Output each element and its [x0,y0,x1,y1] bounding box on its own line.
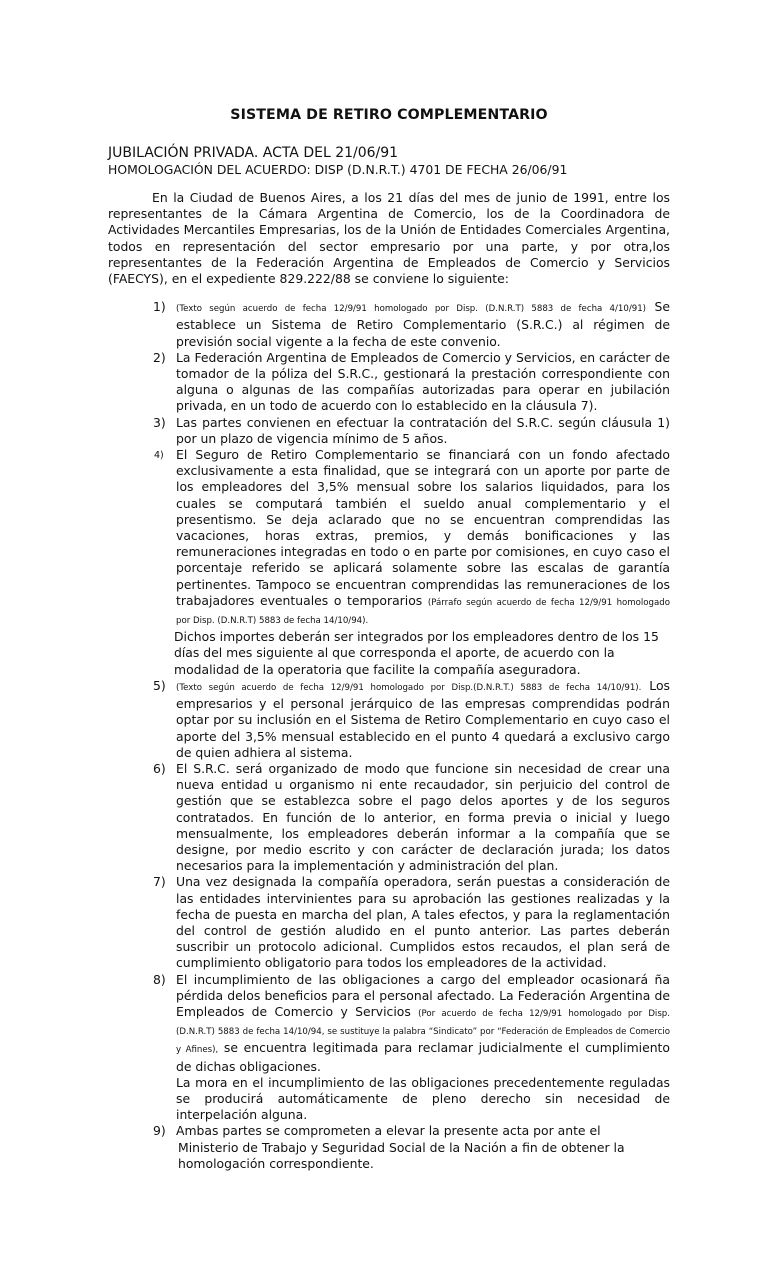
clause-3: 3) Las partes convienen en efectuar la c… [108,415,670,447]
clause-text-continued: se encuentra legitimada para reclamar ju… [176,1040,670,1073]
clause-number: 2) [153,350,166,366]
document-page: SISTEMA DE RETIRO COMPLEMENTARIO JUBILAC… [108,106,670,1172]
clause-text: Ambas partes se comprometen a elevar la … [176,1123,601,1138]
clause-text: El Seguro de Retiro Complementario se fi… [176,447,670,608]
clause-1: 1) (Texto según acuerdo de fecha 12/9/91… [108,299,670,350]
clause-number: 7) [153,874,166,890]
clause-text: El S.R.C. será organizado de modo que fu… [176,761,670,873]
clause-number: 3) [153,415,166,431]
intro-paragraph: En la Ciudad de Buenos Aires, a los 21 d… [108,190,670,287]
clause-9: 9) Ambas partes se comprometen a elevar … [108,1123,670,1172]
clause-number: 9) [153,1123,166,1139]
clause-number: 8) [153,972,166,988]
clause-number: 1) [153,299,166,315]
clause-extra-paragraph: Ministerio de Trabajo y Seguridad Social… [176,1140,670,1172]
clause-extra-paragraph: Dichos importes deberán ser integrados p… [174,629,670,678]
document-subtitle: JUBILACIÓN PRIVADA. ACTA DEL 21/06/91 [108,144,670,162]
clause-6: 6) El S.R.C. será organizado de modo que… [108,761,670,874]
clause-4: 4) El Seguro de Retiro Complementario se… [108,447,670,678]
clause-text: Una vez designada la compañía operadora,… [176,874,670,970]
clause-extra-paragraph: La mora en el incumplimiento de las obli… [176,1075,670,1124]
document-title: SISTEMA DE RETIRO COMPLEMENTARIO [108,106,670,124]
clause-number: 5) [153,678,166,694]
homologation-line: HOMOLOGACIÓN DEL ACUERDO: DISP (D.N.R.T.… [108,162,670,178]
clause-text: La Federación Argentina de Empleados de … [176,350,670,414]
clause-text: Las partes convienen en efectuar la cont… [176,415,670,446]
clauses-list: 1) (Texto según acuerdo de fecha 12/9/91… [108,299,670,1172]
clause-2: 2) La Federación Argentina de Empleados … [108,350,670,415]
clause-8: 8) El incumplimiento de las obligaciones… [108,972,670,1124]
clause-number: 6) [153,761,166,777]
clause-number: 4) [154,448,164,464]
amendment-note: (Texto según acuerdo de fecha 12/9/91 ho… [176,304,646,314]
clause-5: 5) (Texto según acuerdo de fecha 12/9/91… [108,678,670,761]
clause-7: 7) Una vez designada la compañía operado… [108,874,670,971]
amendment-note: (Texto según acuerdo de fecha 12/9/91 ho… [176,683,641,693]
